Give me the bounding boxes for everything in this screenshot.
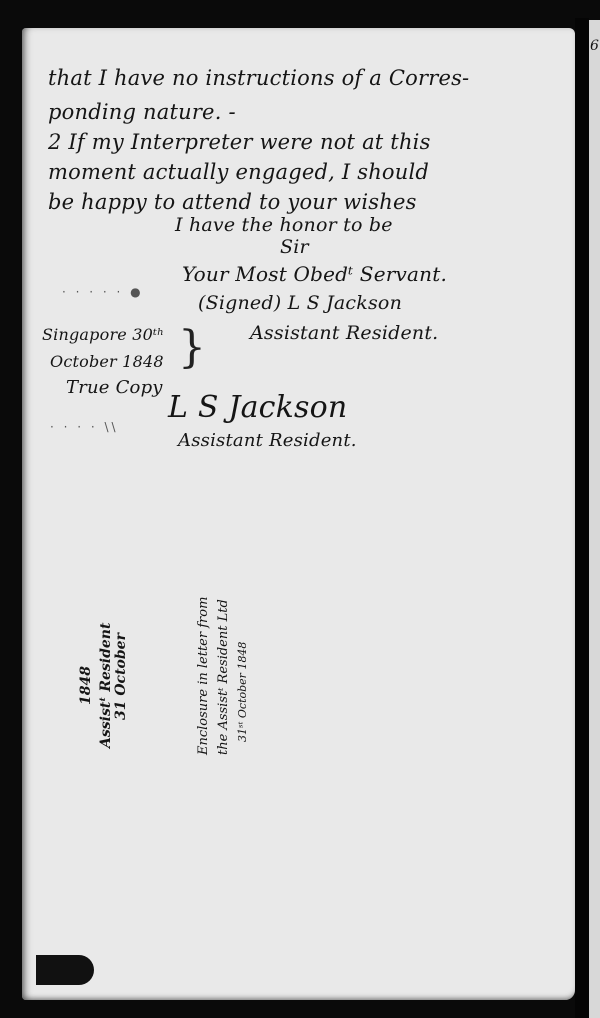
brace-mark: } [178,322,206,373]
docket-office: Assistᵗ Resident [98,623,114,748]
closing-servant: Your Most Obedᵗ Servant. [182,262,447,286]
enclosure-note-line-2: the Assistᵗ Resident Ltd [216,599,231,755]
body-line-3: 2 If my Interpreter were not at this [48,130,431,154]
body-line-6: I have the honor to be [175,214,393,236]
attestation-signature: L S Jackson [168,390,347,425]
page-tab-clip [36,955,94,985]
binding-spine [575,18,589,1018]
enclosure-note-line-1: Enclosure in letter from [196,597,211,755]
adjacent-page-edge: 6 [589,20,600,1018]
docket-date: 31 October [113,633,129,720]
body-line-4: moment actually engaged, I should [48,160,429,184]
date-line: October 1848 [50,352,164,371]
ink-dots: · · · · \\ [50,420,119,434]
closing-salutation: Sir [280,236,309,258]
body-line-1: that I have no instructions of a Corres- [48,66,469,90]
true-copy-label: True Copy [66,377,163,398]
attestation-title: Assistant Resident. [178,430,357,451]
docket-year: 1848 [78,666,94,705]
place-line: Singapore 30ᵗʰ [42,325,164,344]
enclosure-note-line-3: 31ˢᵗ October 1848 [236,642,249,742]
ink-dots: · · · · · ● [62,285,144,299]
body-line-2: ponding nature. - [48,100,236,124]
closing-title: Assistant Resident. [250,322,438,344]
closing-signed: (Signed) L S Jackson [198,292,402,314]
body-line-5: be happy to attend to your wishes [48,190,417,214]
adjacent-page-glyph: 6 [590,38,599,54]
